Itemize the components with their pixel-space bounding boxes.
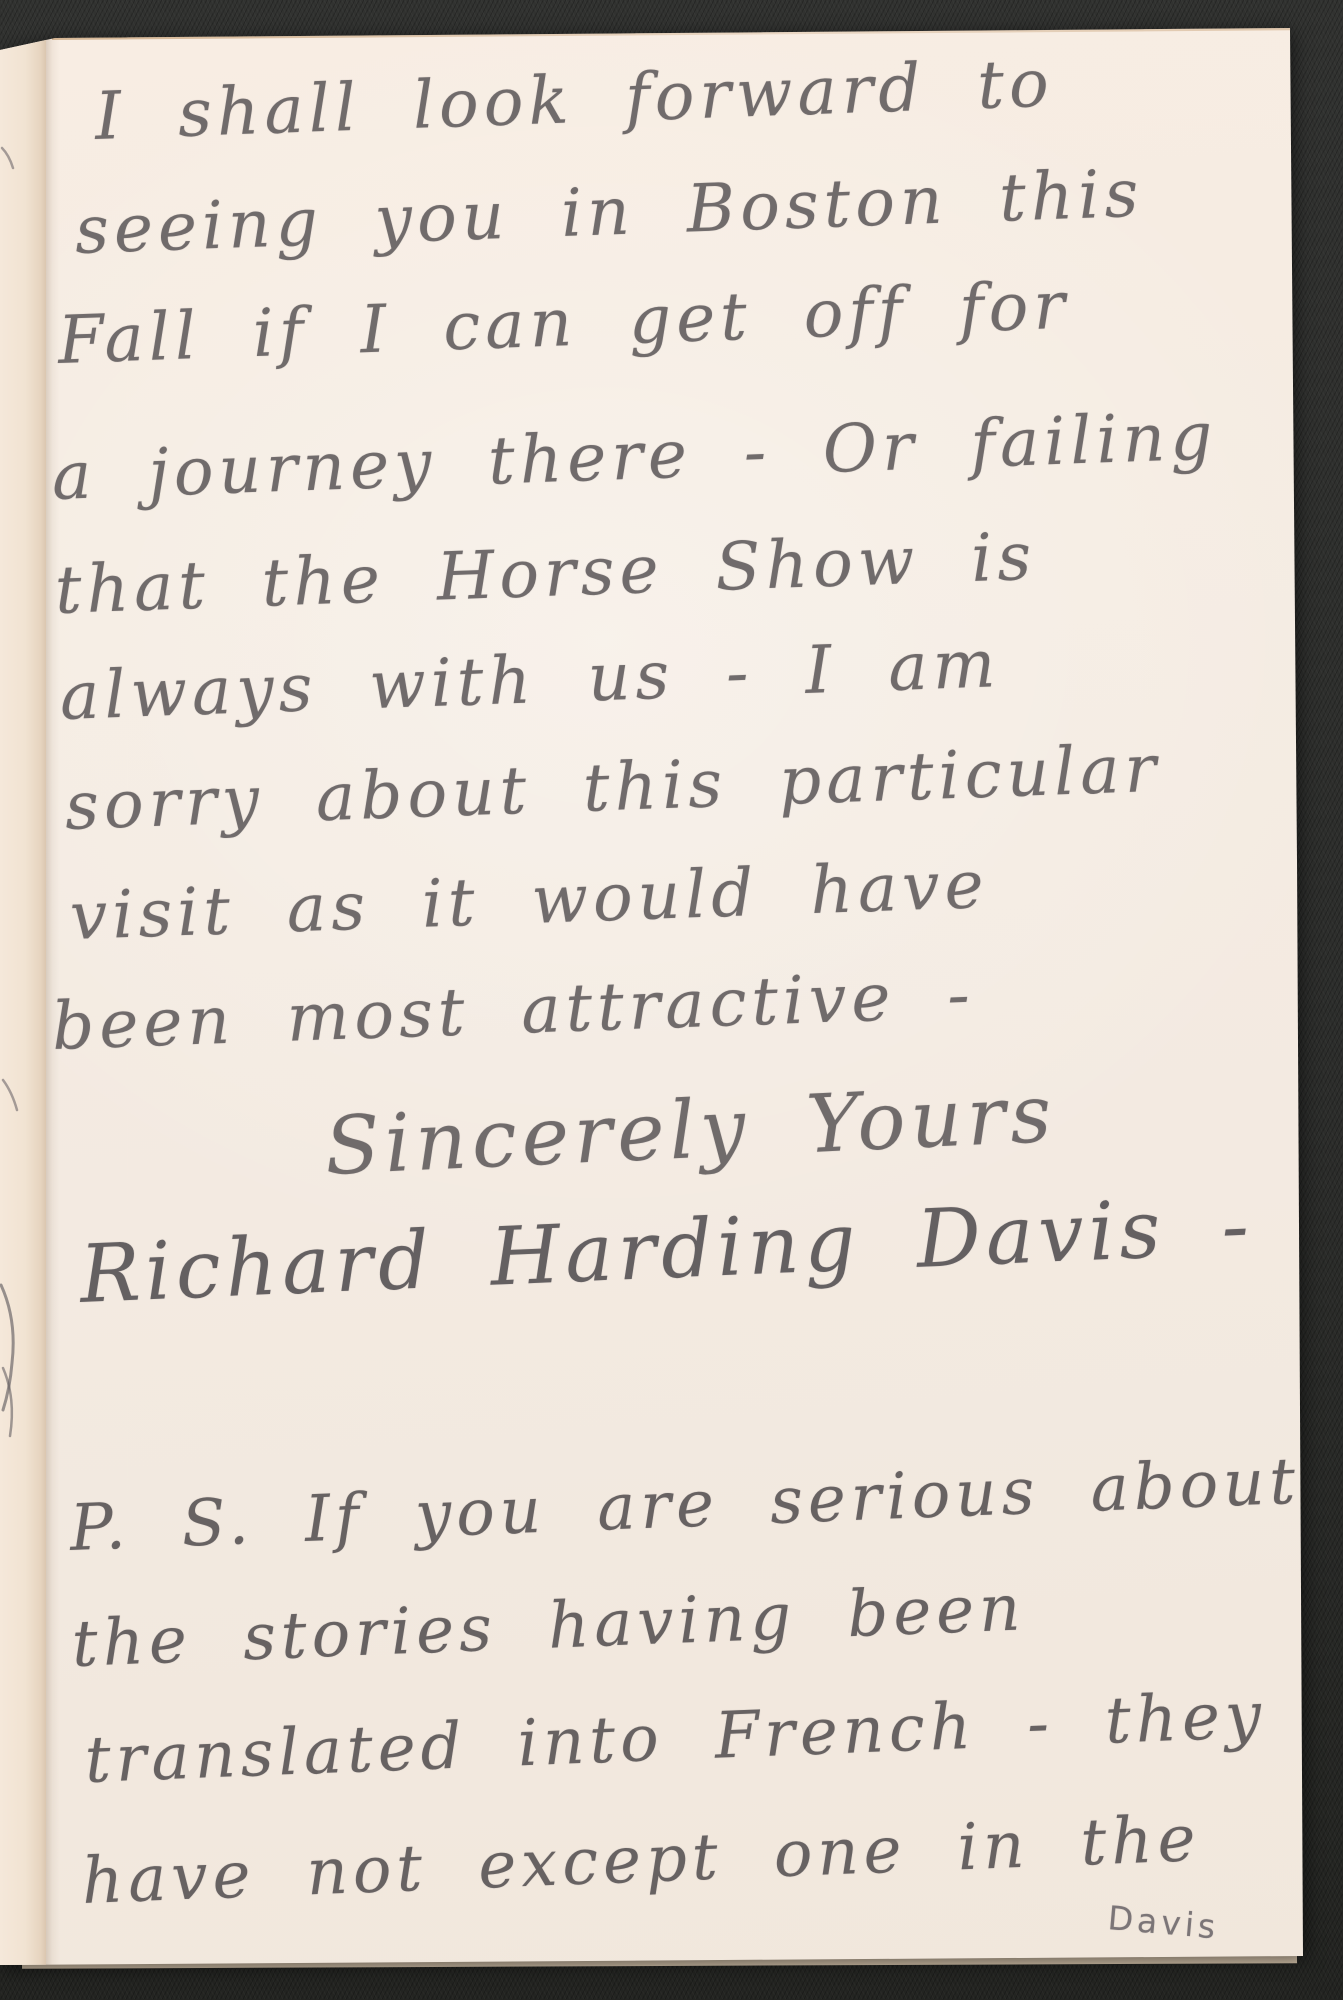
postscript-line-2: the stories having been: [71, 1571, 1027, 1682]
postscript-line-1: P. S. If you are serious about: [69, 1445, 1302, 1566]
handwriting-line-6: always with us - I am: [59, 625, 1002, 735]
closing-line: Sincerely Yours: [323, 1067, 1058, 1193]
handwriting-line-7: sorry about this particular: [64, 730, 1163, 845]
postscript-line-4: have not except one in the: [81, 1802, 1202, 1919]
handwriting-line-8: visit as it would have: [69, 846, 990, 955]
letter-page: I shall look forward to seeing you in Bo…: [0, 0, 1343, 2000]
corner-annotation: Davis: [1106, 1898, 1221, 1947]
postscript-line-3: translated into French - they: [84, 1679, 1268, 1798]
signature-line: Richard Harding Davis -: [78, 1179, 1255, 1321]
handwriting-line-5: that the Horse Show is: [54, 518, 1038, 629]
letter-paper: I shall look forward to seeing you in Bo…: [0, 0, 1343, 2000]
handwriting-line-9: been most attractive -: [51, 956, 976, 1065]
handwriting-line-4: a journey there - Or failing: [51, 397, 1219, 515]
photo-background: I shall look forward to seeing you in Bo…: [0, 0, 1343, 2000]
paper-top-edge: [52, 27, 1292, 40]
handwriting-line-3: Fall if I can get off for: [57, 267, 1071, 379]
handwriting-line-1: I shall look forward to: [94, 45, 1055, 155]
handwriting-line-2: seeing you in Boston this: [74, 155, 1145, 269]
